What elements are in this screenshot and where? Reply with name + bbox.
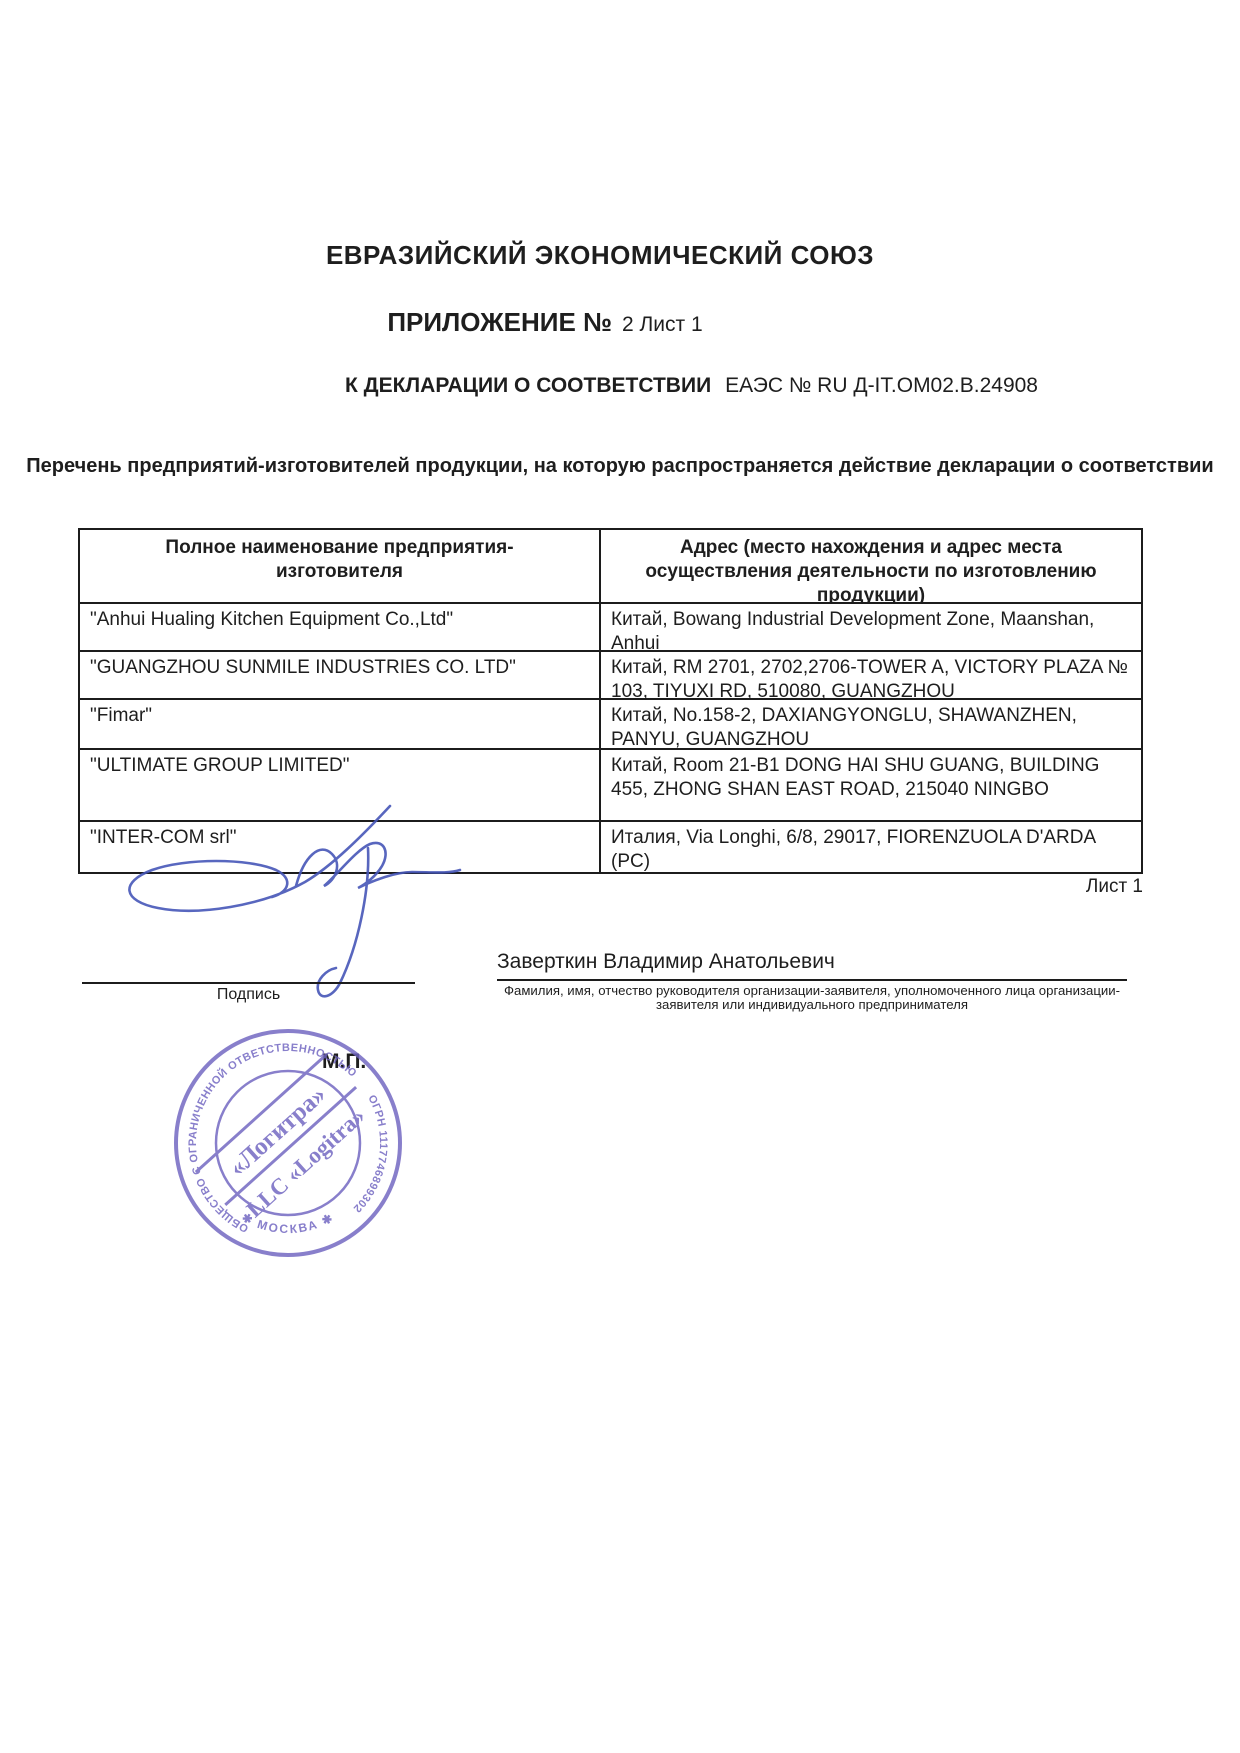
appendix-line: ПРИЛОЖЕНИЕ №2 Лист 1 xyxy=(0,307,1090,338)
declaration-number: ЕАЭС № RU Д-IT.OM02.B.24908 xyxy=(725,374,1038,397)
cell-manufacturer-name: "GUANGZHOU SUNMILE INDUSTRIES CO. LTD" xyxy=(80,652,601,698)
signature-line xyxy=(82,982,415,984)
signatory-name-line xyxy=(497,979,1127,981)
cell-manufacturer-name: "Anhui Hualing Kitchen Equipment Co.,Ltd… xyxy=(80,604,601,650)
cell-manufacturer-address: Италия, Via Longhi, 6/8, 29017, FIORENZU… xyxy=(601,822,1141,872)
col-header-address: Адрес (место нахождения и адрес места ос… xyxy=(601,530,1141,602)
signature-stroke xyxy=(296,843,460,888)
signature-stroke xyxy=(318,848,368,996)
table-row: "GUANGZHOU SUNMILE INDUSTRIES CO. LTD" К… xyxy=(80,652,1141,700)
company-stamp: ОБЩЕСТВО С ОГРАНИЧЕННОЙ ОТВЕТСТВЕННОСТЬЮ… xyxy=(163,1018,413,1268)
table-row: "Anhui Hualing Kitchen Equipment Co.,Ltd… xyxy=(80,604,1141,652)
appendix-value: 2 Лист 1 xyxy=(622,313,703,336)
declaration-line: К ДЕКЛАРАЦИИ О СООТВЕТСТВИИЕАЭС № RU Д-I… xyxy=(345,374,1038,398)
cell-manufacturer-name: "Fimar" xyxy=(80,700,601,748)
cell-manufacturer-address: Китай, RM 2701, 2702,2706-TOWER A, VICTO… xyxy=(601,652,1141,698)
page-title: ЕВРАЗИЙСКИЙ ЭКОНОМИЧЕСКИЙ СОЮЗ xyxy=(0,240,1200,271)
table-row: "Fimar" Китай, No.158-2, DAXIANGYONGLU, … xyxy=(80,700,1141,750)
signatory-caption: Фамилия, имя, отчество руководителя орга… xyxy=(497,984,1127,1012)
appendix-label: ПРИЛОЖЕНИЕ № xyxy=(387,307,612,337)
table-header-row: Полное наименование предприятия-изготови… xyxy=(80,530,1141,604)
cell-manufacturer-address: Китай, No.158-2, DAXIANGYONGLU, SHAWANZH… xyxy=(601,700,1141,748)
col-header-manufacturer-text: Полное наименование предприятия-изготови… xyxy=(125,536,555,584)
col-header-manufacturer: Полное наименование предприятия-изготови… xyxy=(80,530,601,602)
cell-manufacturer-address: Китай, Room 21-B1 DONG HAI SHU GUANG, BU… xyxy=(601,750,1141,820)
signature-image xyxy=(100,798,470,1013)
declaration-label: К ДЕКЛАРАЦИИ О СООТВЕТСТВИИ xyxy=(345,374,711,397)
signature-label: Подпись xyxy=(82,986,415,1004)
cell-manufacturer-address: Китай, Bowang Industrial Development Zon… xyxy=(601,604,1141,650)
signatory-name: Заверткин Владимир Анатольевич xyxy=(497,950,835,974)
intro-paragraph: Перечень предприятий-изготовителей проду… xyxy=(15,452,1225,480)
stamp-outer-ring xyxy=(176,1031,400,1255)
col-header-address-text: Адрес (место нахождения и адрес места ос… xyxy=(611,536,1131,602)
